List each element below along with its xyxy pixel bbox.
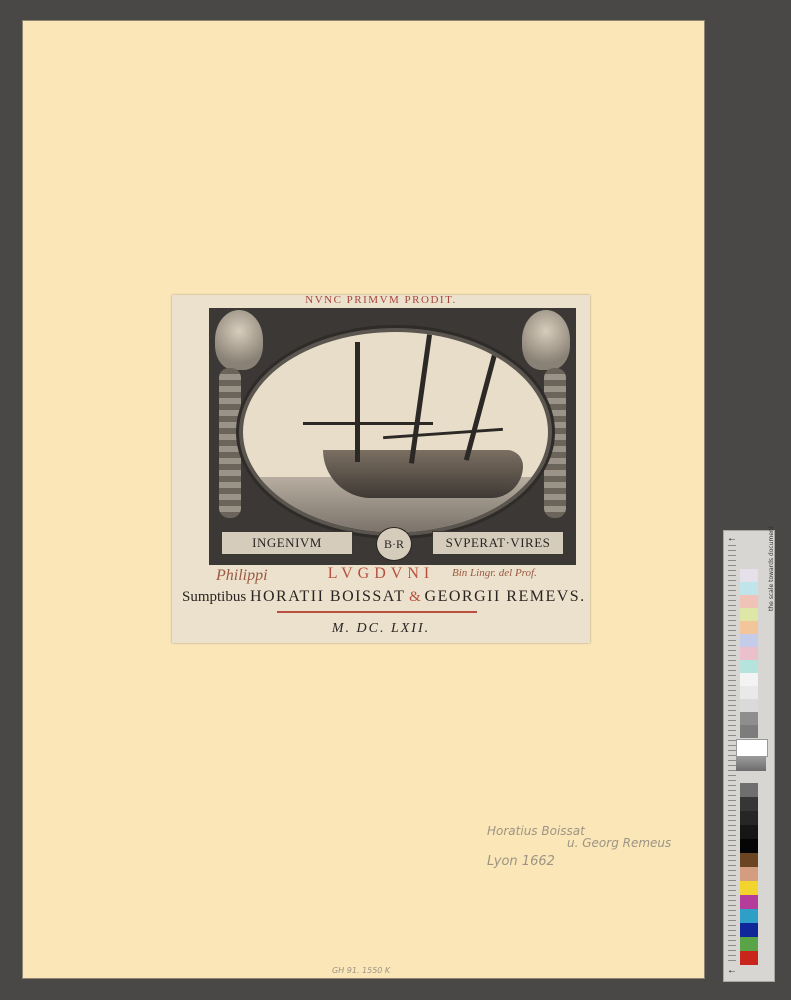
ampersand: & [409, 589, 421, 605]
motto-right: SVPERAT·VIRES [432, 531, 564, 555]
color-patch-20 [740, 839, 758, 853]
mast-fore [355, 342, 360, 462]
motto-left: INGENIVM [221, 531, 353, 555]
cherub-left [215, 310, 263, 370]
gray-bar [736, 757, 766, 771]
color-patches-bottom [740, 783, 758, 965]
color-patch-a5 [740, 853, 758, 867]
color-patch-17 [740, 811, 758, 825]
color-patch-18 [740, 825, 758, 839]
printer-monogram: B·R [376, 527, 412, 561]
ship-engraving: INGENIVM SVPERAT·VIRES B·R [209, 308, 576, 565]
color-patch-a8 [740, 595, 758, 608]
color-patch-c2 [740, 909, 758, 923]
pencil-note-3: Lyon 1662 [487, 854, 555, 869]
color-patch-b7 [740, 647, 758, 660]
color-patch-16 [740, 797, 758, 811]
arrow-left-icon: ← [727, 965, 737, 976]
publisher-2: GEORGII REMEVS. [425, 588, 586, 605]
color-reference-scale: ← the scale towards document ← [723, 530, 775, 982]
garland-left [219, 368, 241, 518]
imprint-line: Sumptibus HORATII BOISSAT & GEORGII REME… [182, 588, 582, 606]
red-rule [277, 611, 477, 613]
color-patch-b2 [740, 895, 758, 909]
scale-caption: the scale towards document [768, 526, 775, 611]
color-patch-a7 [740, 634, 758, 647]
color-patch-a2 [740, 881, 758, 895]
imprint-year: M. DC. LXII. [172, 621, 590, 637]
color-patch-b8 [740, 608, 758, 621]
yard [303, 422, 433, 425]
color-patch-02 [740, 686, 758, 699]
ship-hull [323, 450, 523, 498]
yard [383, 428, 503, 439]
color-patch-b1 [740, 937, 758, 951]
mount-board: NVNC PRIMVM PRODIT. INGENIVM SVPERAT·VIR… [22, 20, 705, 979]
engraved-print: NVNC PRIMVM PRODIT. INGENIVM SVPERAT·VIR… [172, 295, 590, 643]
mast-main [409, 334, 432, 463]
color-patch-11 [740, 783, 758, 797]
color-patch-03 [740, 699, 758, 712]
ruler-ticks [728, 545, 736, 965]
color-patch-c9 [740, 582, 758, 595]
color-patches-top [740, 569, 758, 738]
publisher-1: HORATII BOISSAT [250, 588, 405, 605]
color-patch-10 [740, 725, 758, 738]
color-patch-b5 [740, 867, 758, 881]
color-patch-c1 [740, 951, 758, 965]
arrow-left-icon: ← [727, 533, 737, 544]
color-patch-a1 [740, 923, 758, 937]
handwritten-note-right: Bin Lingr. del Prof. [452, 567, 537, 579]
pencil-note-2: u. Georg Remeus [567, 836, 671, 850]
ship-oval [239, 328, 552, 536]
shelfmark: GH 91. 1550 K [332, 966, 390, 975]
color-patch-c8 [740, 621, 758, 634]
color-patch-01 [740, 673, 758, 686]
color-patch-09 [740, 712, 758, 725]
color-patch-b9 [740, 569, 758, 582]
gray-target [736, 739, 768, 757]
cherub-right [522, 310, 570, 370]
print-top-line: NVNC PRIMVM PRODIT. [172, 294, 590, 306]
color-patch-c7 [740, 660, 758, 673]
imprint-prefix: Sumptibus [182, 589, 246, 605]
mast-mizzen [464, 353, 497, 461]
